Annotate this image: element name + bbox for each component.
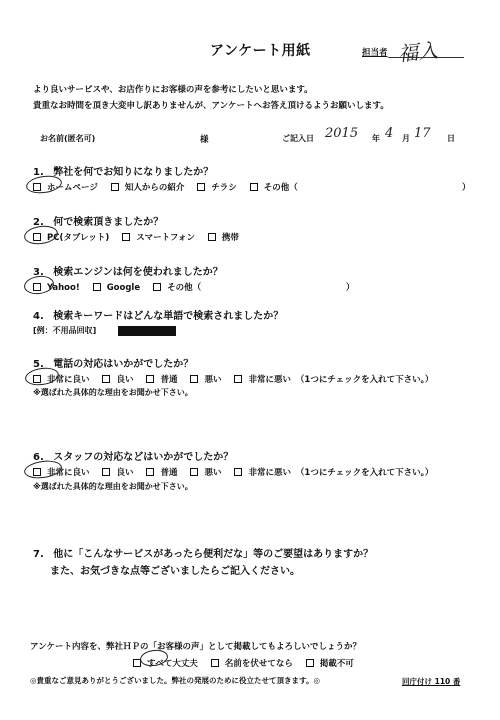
checkbox[interactable]	[146, 375, 154, 383]
date-day-value: 17	[414, 126, 431, 141]
question-4: 4. 検索キーワードはどんな単語で検索されましたか？	[33, 307, 283, 322]
question-5: 5. 電話の対応はいかがでしたか？	[33, 355, 193, 370]
option-average[interactable]: 普通	[146, 375, 177, 385]
option-good[interactable]: 良い	[102, 375, 133, 385]
reason-prompt: ※選ばれた具体的な理由をお聞かせ下さい。	[33, 481, 193, 492]
keyword-example: [例：不用品回収]	[33, 325, 96, 336]
name-label: お名前(匿名可)	[40, 133, 95, 144]
date-label: ご記入日	[282, 133, 314, 144]
reason-prompt: ※選ばれた具体的な理由をお聞かせ下さい。	[33, 387, 193, 398]
checkbox[interactable]	[153, 283, 161, 291]
question-3-options: Yahoo! Google その他（	[33, 281, 211, 293]
option-bad[interactable]: 悪い	[190, 375, 221, 385]
option-bad[interactable]: 悪い	[190, 468, 221, 478]
staff-label: 担当者	[362, 46, 388, 58]
question-2-options: PC(タブレット) スマートフォン 携帯	[33, 231, 249, 243]
checkbox[interactable]	[122, 233, 130, 241]
option-smartphone[interactable]: スマートフォン	[122, 233, 195, 243]
option-google[interactable]: Google	[93, 283, 140, 293]
thanks-message: ◎貴重なご意見ありがとうございました。弊社の発展のために役立たせて頂きます。◎	[30, 675, 320, 686]
question-text: 電話の対応はいかがでしたか？	[53, 359, 193, 370]
month-label: 月	[402, 133, 410, 144]
day-label: 日	[447, 133, 455, 144]
question-6-options: 非常に良い 良い 普通 悪い 非常に悪い （1つにチェックを入れて下さい。）	[33, 466, 433, 478]
receipt-count: 回庁付け 110 番	[402, 676, 460, 687]
option-referral[interactable]: 知人からの紹介	[111, 183, 185, 193]
checkbox[interactable]	[197, 183, 205, 191]
single-choice-hint: （1つにチェックを入れて下さい。）	[296, 468, 433, 478]
checkbox[interactable]	[234, 375, 242, 383]
year-label: 年	[372, 133, 380, 144]
option-not-allowed[interactable]: 掲載不可	[306, 659, 354, 669]
form-title: アンケート用紙	[210, 40, 311, 60]
option-very-bad[interactable]: 非常に悪い	[234, 468, 291, 478]
question-1-options: ホームページ 知人からの紹介 チラシ その他（	[33, 181, 308, 193]
question-number: 4.	[33, 311, 44, 322]
redacted-keyword-answer	[118, 326, 176, 336]
question-text: 他に「こんなサービスがあったら便利だな」等のご要望はありますか？	[53, 549, 373, 560]
option-mobile[interactable]: 携帯	[208, 233, 239, 243]
checkbox[interactable]	[190, 375, 198, 383]
option-other[interactable]: その他（	[250, 183, 298, 193]
question-text: 何で検索頂きましたか？	[53, 217, 163, 228]
other-close-paren: ）	[346, 281, 355, 293]
date-year-value: 2015	[325, 126, 358, 141]
question-text: 検索エンジンは何を使われましたか？	[53, 267, 223, 278]
checkbox[interactable]	[102, 375, 110, 383]
question-7: 7. 他に「こんなサービスがあったら便利だな」等のご要望はありますか？	[33, 545, 373, 560]
checkbox[interactable]	[111, 183, 119, 191]
question-3: 3. 検索エンジンは何を使われましたか？	[33, 263, 223, 278]
other-close-paren: ）	[462, 181, 471, 193]
checkbox[interactable]	[234, 468, 242, 476]
date-month-value: 4	[385, 126, 393, 141]
question-6: 6. スタッフの対応などはいかがでしたか？	[33, 448, 233, 463]
checkbox[interactable]	[250, 183, 258, 191]
question-text: スタッフの対応などはいかがでしたか？	[53, 452, 233, 463]
question-text: 弊社を何でお知りになりましたか？	[53, 167, 213, 178]
checkbox[interactable]	[306, 659, 314, 667]
intro-line-1: より良いサービスや、お店作りにお客様の声を参考にしたいと思います。	[33, 83, 313, 95]
publish-question: アンケート内容を、弊社ＨＰの「お客様の声」として掲載してもよろしいでしょうか？	[30, 640, 361, 652]
question-text: 検索キーワードはどんな単語で検索されましたか？	[53, 311, 283, 322]
staff-signature: 福入	[397, 34, 440, 67]
option-other[interactable]: その他（	[153, 283, 201, 293]
checkbox[interactable]	[208, 233, 216, 241]
question-5-options: 非常に良い 良い 普通 悪い 非常に悪い （1つにチェックを入れて下さい。）	[33, 373, 433, 385]
option-good[interactable]: 良い	[102, 468, 133, 478]
checkbox[interactable]	[211, 659, 219, 667]
checkbox[interactable]	[93, 283, 101, 291]
honorific-label: 様	[200, 133, 209, 145]
question-number: 7.	[33, 549, 44, 560]
option-very-bad[interactable]: 非常に悪い	[234, 375, 291, 385]
option-average[interactable]: 普通	[146, 468, 177, 478]
question-2: 2. 何で検索頂きましたか？	[33, 213, 163, 228]
single-choice-hint: （1つにチェックを入れて下さい。）	[296, 375, 433, 385]
intro-line-2: 貴重なお時間を頂き大変申し訳ありませんが、アンケートへお答え頂けるようお願いしま…	[33, 99, 389, 111]
option-flyer[interactable]: チラシ	[197, 183, 237, 193]
publish-options: すべて大丈夫 名前を伏せてなら 掲載不可	[133, 657, 364, 669]
checkbox[interactable]	[190, 468, 198, 476]
option-anonymous-ok[interactable]: 名前を伏せてなら	[211, 659, 293, 669]
checkbox[interactable]	[102, 468, 110, 476]
question-7-line-2: また、お気づきな点等ございましたらご記入ください。	[50, 562, 300, 577]
question-1: 1. 弊社を何でお知りになりましたか？	[33, 163, 213, 178]
checkbox[interactable]	[146, 468, 154, 476]
